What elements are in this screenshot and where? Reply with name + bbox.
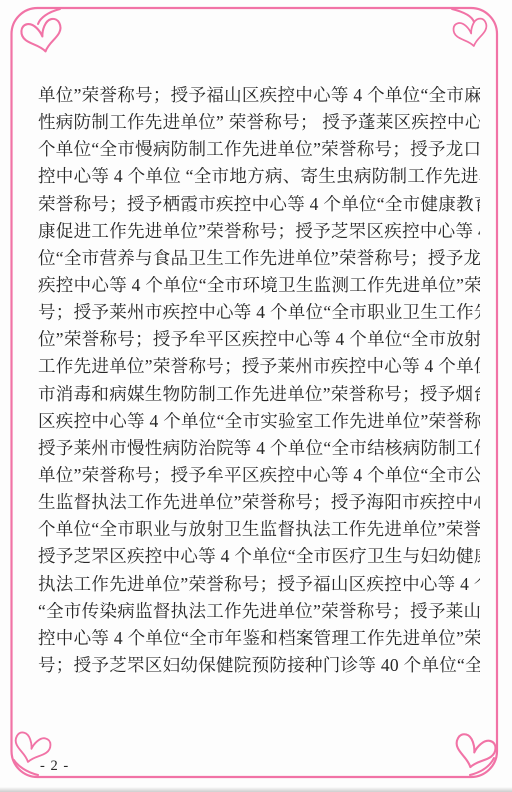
document-page: 单位”荣誉称号；授予福山区疾控中心等 4 个单位“全市麻风病、性病防制工作先进单…: [0, 0, 512, 792]
text-line: 位“全市营养与食品卫生工作先进单位”荣誉称号；授予龙口市: [38, 245, 480, 272]
corner-curl-top-right: [452, 9, 474, 22]
text-line: 性病防制工作先进单位” 荣誉称号； 授予蓬莱区疾控中心等 4: [38, 109, 480, 136]
text-line: 区疾控中心等 4 个单位“全市实验室工作先进单位”荣誉称号；: [38, 408, 480, 435]
corner-curl-top-left: [38, 9, 60, 24]
text-line: 执法工作先进单位”荣誉称号；授予福山区疾控中心等 4 个单位: [38, 571, 480, 598]
scan-edge-artifact: [0, 787, 512, 792]
heart-icon-top-right: [452, 18, 490, 50]
text-line: 号；授予莱州市疾控中心等 4 个单位“全市职业卫生工作先进单: [38, 299, 480, 326]
text-line: 个单位“全市慢病防制工作先进单位”荣誉称号；授予龙口市疾: [38, 136, 480, 163]
heart-icon-top-left: [20, 18, 65, 56]
text-line: 疾控中心等 4 个单位“全市环境卫生监测工作先进单位”荣誉称: [38, 272, 480, 299]
page-number: - 2 -: [40, 758, 69, 775]
text-line: “全市传染病监督执法工作先进单位”荣誉称号；授予莱山区疾: [38, 598, 480, 625]
text-line: 工作先进单位”荣誉称号；授予莱州市疾控中心等 4 个单位“全: [38, 353, 480, 380]
text-line: 单位”荣誉称号；授予福山区疾控中心等 4 个单位“全市麻风病、: [38, 82, 480, 109]
text-line: 个单位“全市职业与放射卫生监督执法工作先进单位”荣誉称号；: [38, 516, 480, 543]
text-line: 康促进工作先进单位”荣誉称号；授予芝罘区疾控中心等 4 个单: [38, 218, 480, 245]
text-line: 授予莱州市慢性病防治院等 4 个单位“全市结核病防制工作先进: [38, 435, 480, 462]
corner-curl-bottom-right: [470, 758, 494, 775]
text-line: 市消毒和病媒生物防制工作先进单位”荣誉称号；授予烟台开发: [38, 381, 480, 408]
text-line: 授予芝罘区疾控中心等 4 个单位“全市医疗卫生与妇幼健康监督: [38, 543, 480, 570]
document-body: 单位”荣誉称号；授予福山区疾控中心等 4 个单位“全市麻风病、性病防制工作先进单…: [38, 82, 480, 679]
text-line: 单位”荣誉称号；授予牟平区疾控中心等 4 个单位“全市公共卫: [38, 462, 480, 489]
text-line: 生监督执法工作先进单位”荣誉称号；授予海阳市疾控中心等 4: [38, 489, 480, 516]
heart-icon-bottom-right: [451, 733, 497, 773]
text-line: 号；授予芝罘区妇幼保健院预防接种门诊等 40 个单位“全市预: [38, 652, 480, 679]
text-line: 荣誉称号；授予栖霞市疾控中心等 4 个单位“全市健康教育与健: [38, 191, 480, 218]
text-line: 控中心等 4 个单位“全市年鉴和档案管理工作先进单位”荣誉称: [38, 625, 480, 652]
corner-curl-bottom-left: [14, 760, 38, 775]
text-line: 位”荣誉称号；授予牟平区疾控中心等 4 个单位“全市放射卫生: [38, 326, 480, 353]
text-line: 控中心等 4 个单位 “全市地方病、寄生虫病防制工作先进单位”: [38, 163, 480, 190]
